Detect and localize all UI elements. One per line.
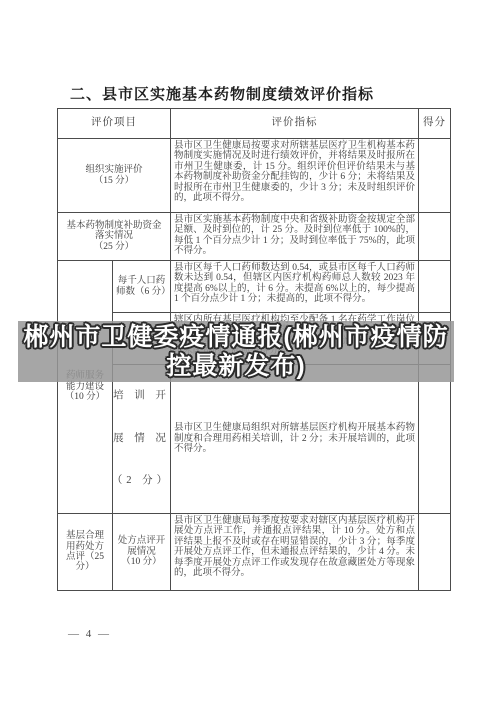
project-label-line: 落实情况 — [61, 231, 167, 241]
subitem-label-line: 师数（6 分） — [116, 287, 167, 297]
project-label-line: 能力建设 — [61, 382, 109, 392]
subitem-score-line: （10 分） — [116, 557, 167, 567]
table-row: 基本药物制度补助资金 落实情况 （25 分） 县市区实施基本药物制度中央和省级补… — [58, 213, 451, 261]
project-cell-organization: 组织实施评价 （15 分） — [58, 139, 171, 213]
project-cell-subsidy-funds: 基本药物制度补助资金 落实情况 （25 分） — [58, 213, 171, 261]
project-label-line: 组织实施评价 — [61, 165, 167, 175]
project-score-line: （15 分） — [61, 176, 167, 186]
subitem-score-line: （2 分） — [113, 476, 171, 486]
project-score-line: （10 分） — [61, 392, 109, 402]
score-cell — [419, 514, 451, 591]
project-label-line: 用药处方 — [61, 542, 109, 552]
project-label-line: 分） — [61, 562, 109, 572]
score-cell — [419, 365, 451, 514]
subitem-label-line: 展 情 况 — [113, 434, 170, 444]
subitem-cell-review-conduct: 处方点评开 展情况 （10 分） — [113, 514, 171, 591]
project-score-line: （25 分） — [61, 242, 167, 252]
project-label-line: 点评（25 — [61, 552, 109, 562]
score-cell — [419, 139, 451, 213]
subitem-label-line: 每千人口药 — [116, 276, 167, 286]
subitem-label-line: 培 训 开 — [113, 391, 170, 401]
table-row: 培 训 开 展 情 况 （2 分） 县市区卫生健康局组织对所辖基层医疗机构开展基… — [58, 365, 451, 514]
table-header-row: 评价项目 评价指标 得分 — [58, 109, 451, 139]
subitem-cell-training: 培 训 开 展 情 况 （2 分） — [113, 365, 171, 514]
indicator-cell: 县市区卫生健康局每季度按要求对辖区内基层医疗机构开展处方点评工作，并通报点评结果… — [171, 514, 419, 591]
subitem-cell-pharmacists-per-capita: 每千人口药 师数（6 分） — [113, 261, 171, 313]
project-cell-pharmacist-capacity: 药师服务 能力建设 （10 分） — [58, 261, 113, 514]
project-cell-prescription-review: 基层合理 用药处方 点评（25 分） — [58, 514, 113, 591]
score-cell — [419, 261, 451, 313]
table-row: 基层合理 用药处方 点评（25 分） 处方点评开 展情况 （10 分） 县市区卫… — [58, 514, 451, 591]
watermark-overlay: 郴州市卫健委疫情通报(郴州市疫情防 控最新发布) — [18, 321, 454, 382]
indicator-cell: 县市区卫生健康局按要求对所辖基层医疗卫生机构基本药物制度实施情况及时进行绩效评价… — [171, 139, 419, 213]
subitem-label-line: 展情况 — [116, 547, 167, 557]
header-score: 得分 — [419, 109, 451, 139]
score-cell — [419, 213, 451, 261]
project-label-line: 基本药物制度补助资金 — [61, 221, 167, 231]
indicator-cell: 县市区卫生健康局组织对所辖基层医疗机构开展基本药物制度和合理用药相关培训，计 2… — [171, 365, 419, 514]
watermark-text-line: 控最新发布) — [166, 352, 305, 381]
section-title: 二、县市区实施基本药物制度绩效评价指标 — [70, 83, 374, 104]
table-row: 组织实施评价 （15 分） 县市区卫生健康局按要求对所辖基层医疗卫生机构基本药物… — [58, 139, 451, 213]
watermark-text-line: 郴州市卫健委疫情通报(郴州市疫情防 — [23, 323, 448, 352]
page-number: — 4 — — [68, 628, 111, 640]
table-row: 药师服务 能力建设 （10 分） 每千人口药 师数（6 分） 县市区每千人口药师… — [58, 261, 451, 313]
subitem-label-line: 处方点评开 — [116, 536, 167, 546]
indicator-cell: 县市区每千人口药师数达到 0.54，或县市区每千人口药师数未达到 0.54，但辖… — [171, 261, 419, 313]
header-indicator: 评价指标 — [171, 109, 419, 139]
project-label-line: 基层合理 — [61, 531, 109, 541]
header-project: 评价项目 — [58, 109, 171, 139]
indicator-cell: 县市区实施基本药物制度中央和省级补助资金按规定全部足额、及时到位的，计 25 分… — [171, 213, 419, 261]
